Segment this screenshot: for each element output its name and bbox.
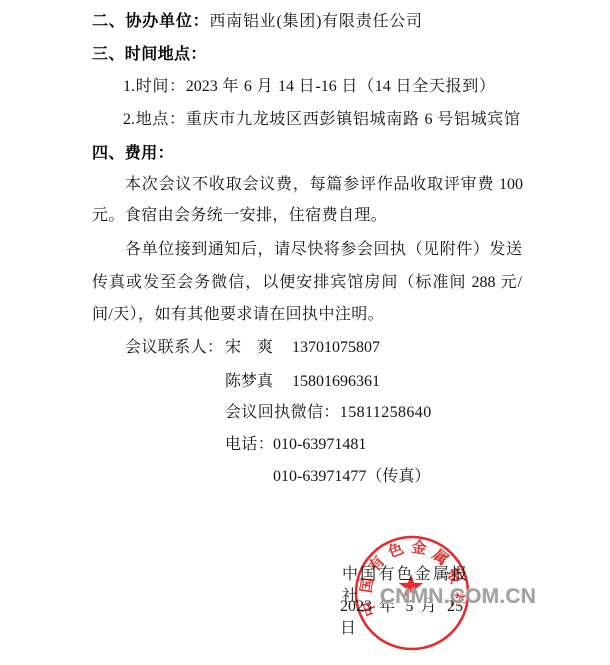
contact-name-1: 宋 爽 (225, 337, 273, 359)
seal-ring (356, 537, 468, 649)
official-seal: 中 国 有 色 金 属 报 社 (0, 0, 610, 665)
seal-char: 金 (410, 538, 428, 558)
contact-phone-2: 15801696361 (292, 371, 380, 393)
contacts-label: 会议联系人： (125, 337, 223, 359)
contact-tel: 010-63971481 (273, 434, 366, 456)
contact-wechat: 会议回执微信：15811258640 (225, 402, 432, 424)
organizer-value: 西南铝业(集团)有限责任公司 (209, 13, 422, 30)
fees-paragraph-2-line-3: 间/天），如有其他要求请在回执中注明。 (92, 304, 384, 326)
signature-date: 2023 年 5 月 25 日 (340, 596, 463, 618)
contact-fax: 010-63971477（传真） (273, 466, 430, 488)
contact-tel-label: 电话： (225, 434, 274, 456)
contact-name-2: 陈梦真 (225, 371, 273, 393)
signature-organization: 中国有色金属报社 (342, 564, 467, 586)
document-page: 二、协办单位：西南铝业(集团)有限责任公司 三、时间地点： 1.时间：2023 … (0, 0, 610, 665)
fees-paragraph-1-line-2: 元。食宿由会务统一安排，住宿费自理。 (92, 205, 387, 227)
fees-paragraph-1-line-1: 本次会议不收取会议费，每篇参评作品收取评审费 100 (125, 174, 523, 196)
organizer-line: 二、协办单位：西南铝业(集团)有限责任公司 (92, 10, 422, 32)
organizer-heading: 二、协办单位： (92, 11, 209, 30)
time-item: 1.时间：2023 年 6 月 14 日-16 日（14 日全天报到） (123, 76, 495, 98)
place-item: 2.地点：重庆市九龙坡区西彭镇铝城南路 6 号铝城宾馆 (123, 109, 520, 131)
seal-char: 色 (385, 539, 406, 562)
contact-phone-1: 13701075807 (292, 337, 380, 359)
fees-heading: 四、费用： (92, 142, 174, 164)
fees-paragraph-2-line-1: 各单位接到通知后，请尽快将参会回执（见附件）发送 (125, 239, 522, 261)
time-place-heading: 三、时间地点： (92, 43, 207, 65)
fees-paragraph-2-line-2: 传真或发至会务微信，以便安排宾馆房间（标准间 288 元/ (92, 272, 522, 294)
